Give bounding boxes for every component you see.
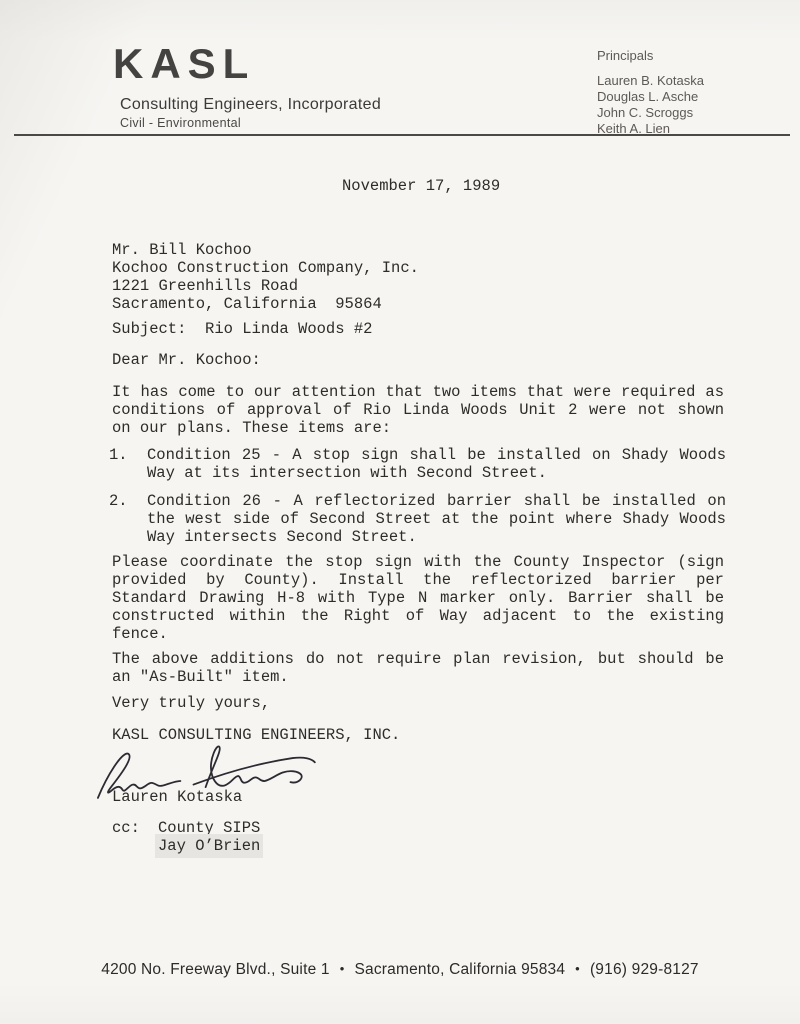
recipient-line: 1221 Greenhills Road — [112, 277, 419, 295]
conditions-list: 1. Condition 25 - A stop sign shall be i… — [109, 446, 726, 556]
footer-phone: (916) 929-8127 — [590, 961, 699, 978]
company-division: Civil - Environmental — [120, 116, 241, 130]
list-item-text: Condition 26 - A reflectorized barrier s… — [147, 492, 726, 546]
paragraph-intro: It has come to our attention that two it… — [112, 383, 724, 437]
bullet-separator-icon: • — [330, 961, 355, 976]
footer-contact-line: 4200 No. Freeway Blvd., Suite 1•Sacramen… — [0, 961, 800, 979]
cc-label: cc: — [112, 819, 158, 855]
footer-address: 4200 No. Freeway Blvd., Suite 1 — [101, 961, 329, 978]
cc-recipient: Jay O’Brien — [158, 837, 260, 855]
closing-line: Very truly yours, — [112, 694, 270, 712]
company-logo: KASL — [113, 40, 255, 88]
bullet-separator-icon: • — [565, 961, 590, 976]
recipient-address: Mr. Bill Kochoo Kochoo Construction Comp… — [112, 241, 419, 313]
cc-recipient-highlighted: Jay O’Brien — [158, 837, 260, 855]
cc-recipient: County SIPS — [158, 819, 260, 837]
list-item-number: 1. — [109, 446, 147, 482]
principal-name: Lauren B. Kotaska — [597, 73, 704, 89]
cc-recipients: County SIPS Jay O’Brien — [158, 819, 260, 855]
list-item: 2. Condition 26 - A reflectorized barrie… — [109, 492, 726, 546]
letter-date: November 17, 1989 — [342, 177, 500, 195]
recipient-line: Kochoo Construction Company, Inc. — [112, 259, 419, 277]
cc-block: cc: County SIPS Jay O’Brien — [112, 819, 260, 855]
principal-name: John C. Scroggs — [597, 105, 704, 121]
principals-label: Principals — [597, 48, 704, 64]
letterhead-divider — [14, 134, 790, 136]
paragraph-asbuilt: The above additions do not require plan … — [112, 650, 724, 686]
list-item-text: Condition 25 - A stop sign shall be inst… — [147, 446, 726, 482]
list-item-number: 2. — [109, 492, 147, 546]
signer-name: Lauren Kotaska — [112, 788, 242, 806]
principal-name: Douglas L. Asche — [597, 89, 704, 105]
recipient-line: Sacramento, California 95864 — [112, 295, 419, 313]
footer-city: Sacramento, California 95834 — [355, 961, 566, 978]
list-item: 1. Condition 25 - A stop sign shall be i… — [109, 446, 726, 482]
scanned-letter-page: KASL Consulting Engineers, Incorporated … — [0, 0, 800, 1024]
subject-line: Subject: Rio Linda Woods #2 — [112, 320, 372, 338]
company-name: Consulting Engineers, Incorporated — [120, 96, 381, 114]
principals-block: Principals Lauren B. Kotaska Douglas L. … — [597, 48, 704, 137]
recipient-line: Mr. Bill Kochoo — [112, 241, 419, 259]
salutation: Dear Mr. Kochoo: — [112, 351, 261, 369]
paragraph-coordinate: Please coordinate the stop sign with the… — [112, 553, 724, 643]
